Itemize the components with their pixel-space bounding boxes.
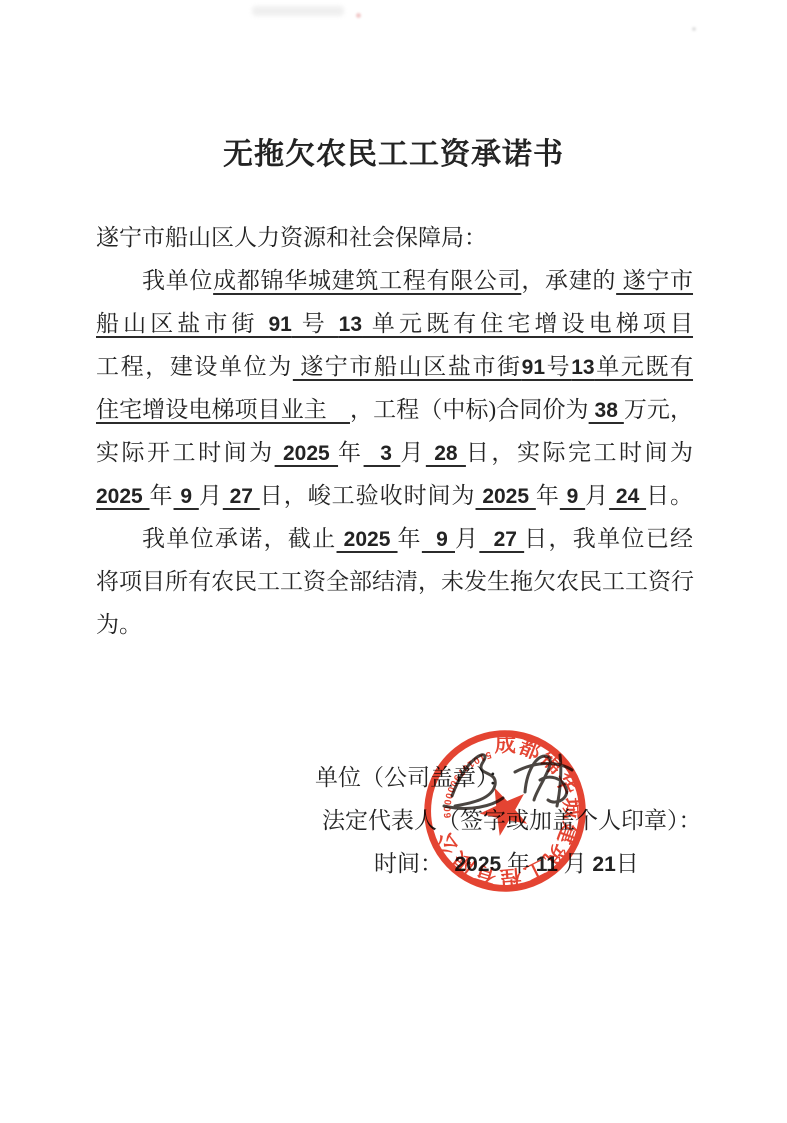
- body-line-6: 实际开工时间为 2025 年 3 月 28 日，实际完工时间为: [96, 431, 693, 474]
- cutoff-month-value: 9: [422, 528, 455, 551]
- project-name-field-start: 遂宁市: [616, 268, 693, 293]
- document-page: 无拖欠农民工工资承诺书 遂宁市船山区人力资源和社会保障局： 我单位成都锦华城建筑…: [0, 0, 787, 1123]
- body-line-8: 我单位承诺，截止 2025 年 9 月 27 日，我单位已经: [96, 517, 693, 560]
- text: 年: [398, 526, 422, 551]
- text: 月: [199, 483, 223, 508]
- unit-number-value: 13: [339, 313, 362, 336]
- body-line-4: 工程，建设单位为 遂宁市船山区盐市街91号13单元既有: [96, 345, 693, 388]
- day-unit: 日: [616, 851, 639, 876]
- text: 日。: [646, 483, 693, 508]
- text: 日，峻工验收时间为: [260, 483, 476, 508]
- start-year-value: 2025: [275, 442, 338, 465]
- text: ，承建的: [521, 268, 616, 293]
- finish-day-value: 27: [223, 485, 260, 508]
- body-salutation: 遂宁市船山区人力资源和社会保障局：: [96, 216, 693, 259]
- text: 万元，: [624, 397, 693, 422]
- text: 实际开工时间为: [96, 440, 275, 465]
- start-month-value: 3: [364, 442, 401, 465]
- cutoff-year-value: 2025: [337, 528, 398, 551]
- scan-artifact-red-dot: [356, 13, 361, 18]
- finish-year-value: 2025: [96, 485, 150, 508]
- acceptance-day-value: 24: [609, 485, 646, 508]
- unit-number-value: 13: [571, 356, 594, 379]
- acceptance-month-value: 9: [560, 485, 585, 508]
- scan-artifact-smudge: [252, 6, 344, 16]
- text: 日，实际完工时间为: [466, 440, 693, 465]
- project-name-field: 船山区盐市街 91 号 13 单元既有住宅增设电梯项目: [96, 311, 693, 336]
- text: 工程，建设单位为: [96, 354, 293, 379]
- handwritten-signature: [430, 735, 600, 825]
- document-body: 遂宁市船山区人力资源和社会保障局： 我单位成都锦华城建筑工程有限公司，承建的 遂…: [96, 216, 693, 646]
- text: 月: [585, 483, 609, 508]
- text: 年: [536, 483, 560, 508]
- text: 年: [338, 440, 364, 465]
- body-line-5: 住宅增设电梯项目业主 ，工程（中标)合同价为 38 万元，: [96, 388, 693, 431]
- text: 月: [400, 440, 426, 465]
- owner-name-field-end: 住宅增设电梯项目业主: [96, 397, 350, 422]
- body-line-2: 我单位成都锦华城建筑工程有限公司，承建的 遂宁市: [96, 259, 693, 302]
- finish-month-value: 9: [174, 485, 199, 508]
- street-number-value: 91: [268, 313, 291, 336]
- scan-artifact-gray-dot: [692, 27, 696, 31]
- text: 年: [150, 483, 174, 508]
- body-line-10: 为。: [96, 603, 693, 646]
- cutoff-day-value: 27: [479, 528, 524, 551]
- contract-price-value: 38: [589, 399, 624, 422]
- body-line-7: 2025 年 9 月 27 日，峻工验收时间为 2025 年 9 月 24 日。: [96, 474, 693, 517]
- text: 我单位: [142, 268, 213, 293]
- document-title: 无拖欠农民工工资承诺书: [0, 129, 787, 173]
- street-number-value: 91: [522, 356, 545, 379]
- acceptance-year-value: 2025: [476, 485, 536, 508]
- text: 我单位承诺，截止: [142, 526, 337, 551]
- start-day-value: 28: [426, 442, 466, 465]
- owner-name-field: 遂宁市船山区盐市街91号13单元既有: [293, 354, 693, 379]
- text: 月: [455, 526, 479, 551]
- text: ，工程（中标)合同价为: [350, 397, 589, 422]
- text: 日，我单位已经: [524, 526, 693, 551]
- sign-day-value: 21: [592, 853, 615, 876]
- body-line-9: 将项目所有农民工工资全部结清，未发生拖欠农民工工资行: [96, 560, 693, 603]
- body-line-3: 船山区盐市街 91 号 13 单元既有住宅增设电梯项目: [96, 302, 693, 345]
- contractor-name-field: 成都锦华城建筑工程有限公司: [213, 268, 521, 293]
